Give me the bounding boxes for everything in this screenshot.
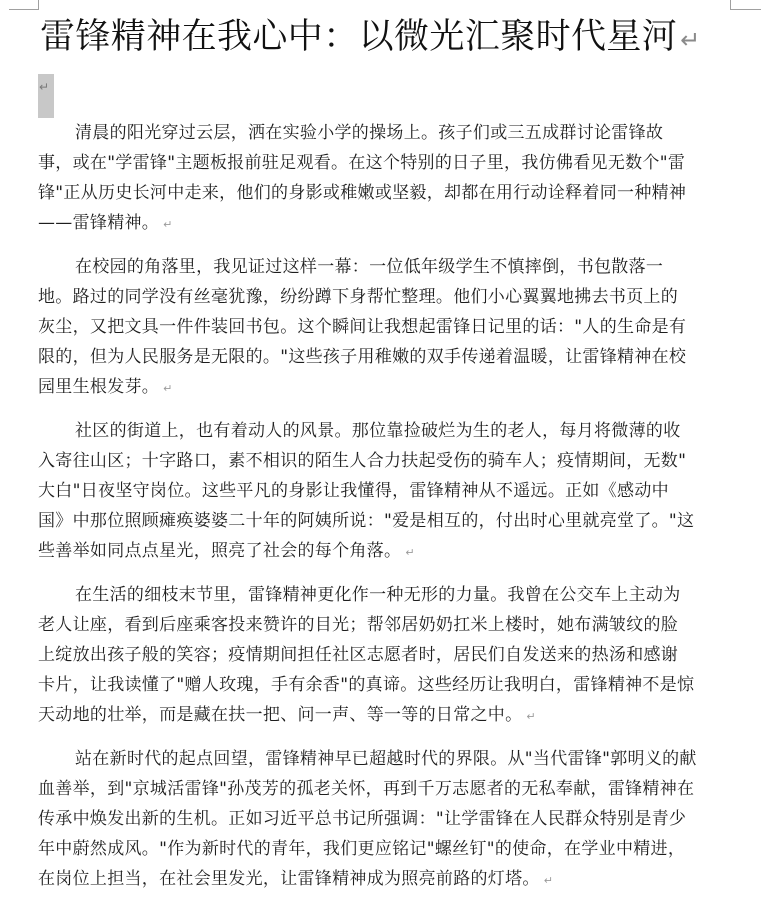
paragraph-2[interactable]: 在校园的角落里，我见证过这样一幕：一位低年级学生不慎摔倒，书包散落一 地。路过的…	[38, 252, 728, 402]
paragraph-mark-icon: ↵	[526, 710, 536, 723]
paragraph-mark-icon: ↵	[39, 80, 49, 94]
text-line: 大白"日夜坚守岗位。这些平凡的身影让我懂得，雷锋精神从不遥远。正如《感动中	[38, 476, 728, 506]
document-body[interactable]: 清晨的阳光穿过云层，洒在实验小学的操场上。孩子们或三五成群讨论雷锋故 事，或在"…	[38, 118, 728, 901]
text-line-content: 在岗位上担当，在社会里发光，让雷锋精神成为照亮前路的灯塔。	[38, 869, 540, 889]
text-line-last: 在岗位上担当，在社会里发光，让雷锋精神成为照亮前路的灯塔。↵	[38, 864, 728, 894]
paragraph-3[interactable]: 社区的街道上，也有着动人的风景。那位靠捡破烂为生的老人，每月将微薄的收 入寄往山…	[38, 416, 728, 566]
text-line: 在生活的细枝末节里，雷锋精神更化作一种无形的力量。我曾在公交车上主动为	[38, 580, 728, 610]
paragraph-4[interactable]: 在生活的细枝末节里，雷锋精神更化作一种无形的力量。我曾在公交车上主动为 老人让座…	[38, 580, 728, 730]
text-line: 限的，但为人民服务是无限的。"这些孩子用稚嫩的双手传递着温暖，让雷锋精神在校	[38, 342, 728, 372]
empty-paragraph-selected[interactable]: ↵	[38, 74, 54, 118]
text-line: 上绽放出孩子般的笑容；疫情期间担任社区志愿者时，居民们自发送来的热汤和感谢	[38, 640, 728, 670]
paragraph-mark-icon: ↵	[163, 218, 173, 231]
page-corner-mark-top-right	[730, 0, 761, 10]
document-page[interactable]: 雷锋精神在我心中：以微光汇聚时代星河↵ ↵ 清晨的阳光穿过云层，洒在实验小学的操…	[0, 0, 780, 901]
text-line-last: 些善举如同点点星光，照亮了社会的每个角落。↵	[38, 536, 728, 566]
paragraph-mark-icon: ↵	[544, 874, 554, 887]
text-line: 老人让座，看到后座乘客投来赞许的目光；帮邻居奶奶扛米上楼时，她布满皱纹的脸	[38, 610, 728, 640]
paragraph-mark-icon: ↵	[405, 546, 415, 559]
document-title[interactable]: 雷锋精神在我心中：以微光汇聚时代星河↵	[40, 14, 701, 63]
text-line-last: 园里生根发芽。↵	[38, 372, 728, 402]
text-line: 事，或在"学雷锋"主题板报前驻足观看。在这个特别的日子里，我仿佛看见无数个"雷	[38, 148, 728, 178]
paragraph-5[interactable]: 站在新时代的起点回望，雷锋精神早已超越时代的界限。从"当代雷锋"郭明义的献 血善…	[38, 744, 728, 894]
text-line-content: 园里生根发芽。	[38, 377, 159, 397]
text-line-content: ——雷锋精神。	[38, 213, 159, 233]
paragraph-mark-icon: ↵	[680, 26, 701, 54]
paragraph-mark-icon: ↵	[163, 382, 173, 395]
paragraph-1[interactable]: 清晨的阳光穿过云层，洒在实验小学的操场上。孩子们或三五成群讨论雷锋故 事，或在"…	[38, 118, 728, 238]
document-title-text: 雷锋精神在我心中：以微光汇聚时代星河	[40, 17, 677, 57]
text-line-last: 天动地的壮举，而是藏在扶一把、问一声、等一等的日常之中。↵	[38, 700, 728, 730]
text-line: 传承中焕发出新的生机。正如习近平总书记所强调："让学雷锋在人民群众特别是青少	[38, 804, 728, 834]
text-line: 灰尘，又把文具一件件装回书包。这个瞬间让我想起雷锋日记里的话："人的生命是有	[38, 312, 728, 342]
text-line: 年中蔚然成风。"作为新时代的青年，我们更应铭记"螺丝钉"的使命，在学业中精进，	[38, 834, 728, 864]
text-line: 锋"正从历史长河中走来，他们的身影或稚嫩或坚毅，却都在用行动诠释着同一种精神	[38, 178, 728, 208]
text-line: 站在新时代的起点回望，雷锋精神早已超越时代的界限。从"当代雷锋"郭明义的献	[38, 744, 728, 774]
text-line-content: 天动地的壮举，而是藏在扶一把、问一声、等一等的日常之中。	[38, 705, 522, 725]
text-line: 国》中那位照顾瘫痪婆婆二十年的阿姨所说："爱是相互的，付出时心里就亮堂了。"这	[38, 506, 728, 536]
text-line: 血善举，到"京城活雷锋"孙茂芳的孤老关怀，再到千万志愿者的无私奉献，雷锋精神在	[38, 774, 728, 804]
text-line: 在校园的角落里，我见证过这样一幕：一位低年级学生不慎摔倒，书包散落一	[38, 252, 728, 282]
text-line-last: ——雷锋精神。↵	[38, 208, 728, 238]
text-line-content: 些善举如同点点星光，照亮了社会的每个角落。	[38, 541, 401, 561]
page-corner-mark-top-left	[9, 0, 39, 10]
text-line: 社区的街道上，也有着动人的风景。那位靠捡破烂为生的老人，每月将微薄的收	[38, 416, 728, 446]
text-line: 入寄往山区；十字路口，素不相识的陌生人合力扶起受伤的骑车人；疫情期间，无数"	[38, 446, 728, 476]
text-line: 清晨的阳光穿过云层，洒在实验小学的操场上。孩子们或三五成群讨论雷锋故	[38, 118, 728, 148]
text-line: 卡片，让我读懂了"赠人玫瑰，手有余香"的真谛。这些经历让我明白，雷锋精神不是惊	[38, 670, 728, 700]
text-line: 地。路过的同学没有丝毫犹豫，纷纷蹲下身帮忙整理。他们小心翼翼地拂去书页上的	[38, 282, 728, 312]
